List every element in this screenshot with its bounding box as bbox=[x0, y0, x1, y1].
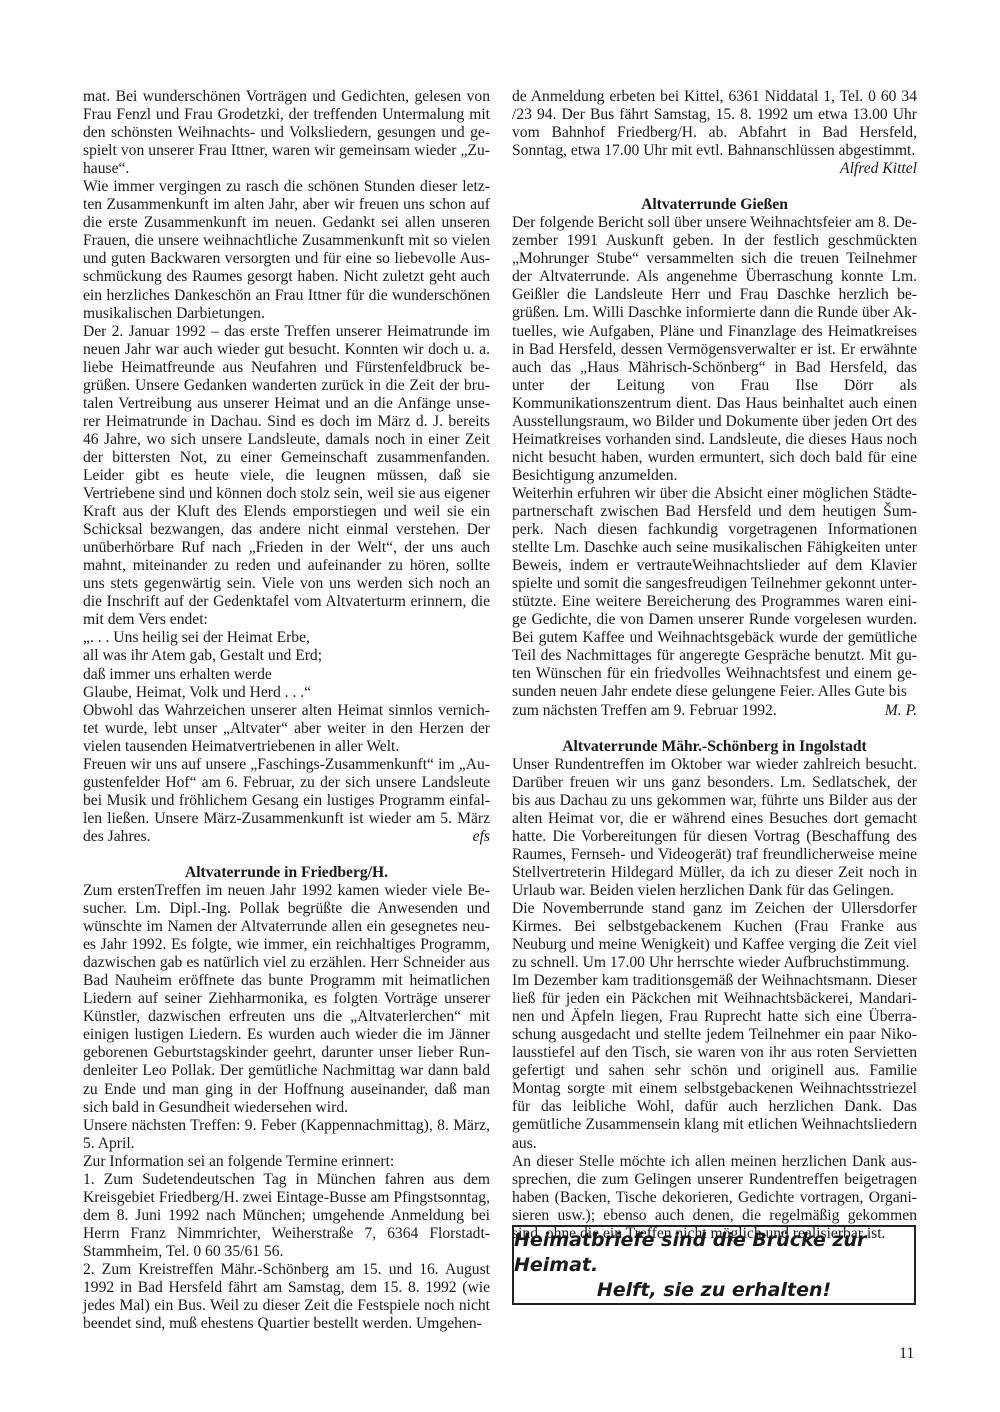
paragraph: Die Novemberrunde stand ganz im Zeichen … bbox=[512, 900, 917, 972]
paragraph: Der 2. Januar 1992 – das erste Treffen u… bbox=[83, 323, 490, 630]
left-column: mat. Bei wunderschönen Vorträgen und Ged… bbox=[83, 88, 490, 1333]
paragraph: Obwohl das Wahrzeichen unserer alten Hei… bbox=[83, 702, 490, 756]
right-column: de Anmeldung erbeten bei Kittel, 6361 Ni… bbox=[512, 88, 917, 1243]
paragraph: 2. Zum Kreistreffen Mähr.-Schönberg am 1… bbox=[83, 1261, 490, 1333]
author-signature: Alfred Kittel bbox=[512, 160, 917, 178]
verse-line: „. . . Uns heilig sei der Heimat Erbe, bbox=[83, 629, 490, 647]
paragraph: Unser Rundentreffen im Oktober war wiede… bbox=[512, 756, 917, 900]
paragraph: Im Dezember kam traditionsgemäß der Weih… bbox=[512, 972, 917, 1152]
section-heading-friedberg: Altvaterrunde in Friedberg/H. bbox=[83, 864, 490, 882]
section-heading-ingolstadt: Altvaterrunde Mähr.-Schönberg in Ingolst… bbox=[512, 738, 917, 756]
slogan-line-1: Heimatbriefe sind die Brücke zur Heimat. bbox=[514, 1228, 914, 1278]
paragraph: de Anmeldung erbeten bei Kittel, 6361 Ni… bbox=[512, 88, 917, 160]
closing-text: zum nächsten Treffen am 9. Februar 1992. bbox=[512, 702, 777, 720]
author-signature: M. P. bbox=[885, 702, 917, 720]
verse-line: daß immer uns erhalten werde bbox=[83, 666, 490, 684]
slogan-banner: Heimatbriefe sind die Brücke zur Heimat.… bbox=[512, 1225, 916, 1305]
paragraph: Unsere nächsten Treffen: 9. Feber (Kappe… bbox=[83, 1117, 490, 1153]
verse-line: Glaube, Heimat, Volk und Herd . . .“ bbox=[83, 684, 490, 702]
verse-line: all was ihr Atem gab, Gestalt und Erd; bbox=[83, 647, 490, 665]
paragraph: mat. Bei wunderschönen Vorträgen und Ged… bbox=[83, 88, 490, 178]
verse: „. . . Uns heilig sei der Heimat Erbe, a… bbox=[83, 629, 490, 701]
section-heading-giessen: Altvaterrunde Gießen bbox=[512, 196, 917, 214]
paragraph: Wie immer vergingen zu rasch die schönen… bbox=[83, 178, 490, 322]
paragraph: 1. Zum Sudetendeutschen Tag in München f… bbox=[83, 1171, 490, 1261]
paragraph: Zum erstenTreffen im neuen Jahr 1992 kam… bbox=[83, 882, 490, 1117]
paragraph: Der folgende Bericht soll über unsere We… bbox=[512, 214, 917, 485]
page-number: 11 bbox=[899, 1345, 914, 1363]
paragraph: Zur Information sei an folgende Termine … bbox=[83, 1153, 490, 1171]
closing-line: zum nächsten Treffen am 9. Februar 1992.… bbox=[512, 702, 917, 720]
paragraph: Weiterhin erfuhren wir über die Absicht … bbox=[512, 485, 917, 702]
slogan-line-2: Helft, sie zu erhalten! bbox=[597, 1278, 831, 1303]
